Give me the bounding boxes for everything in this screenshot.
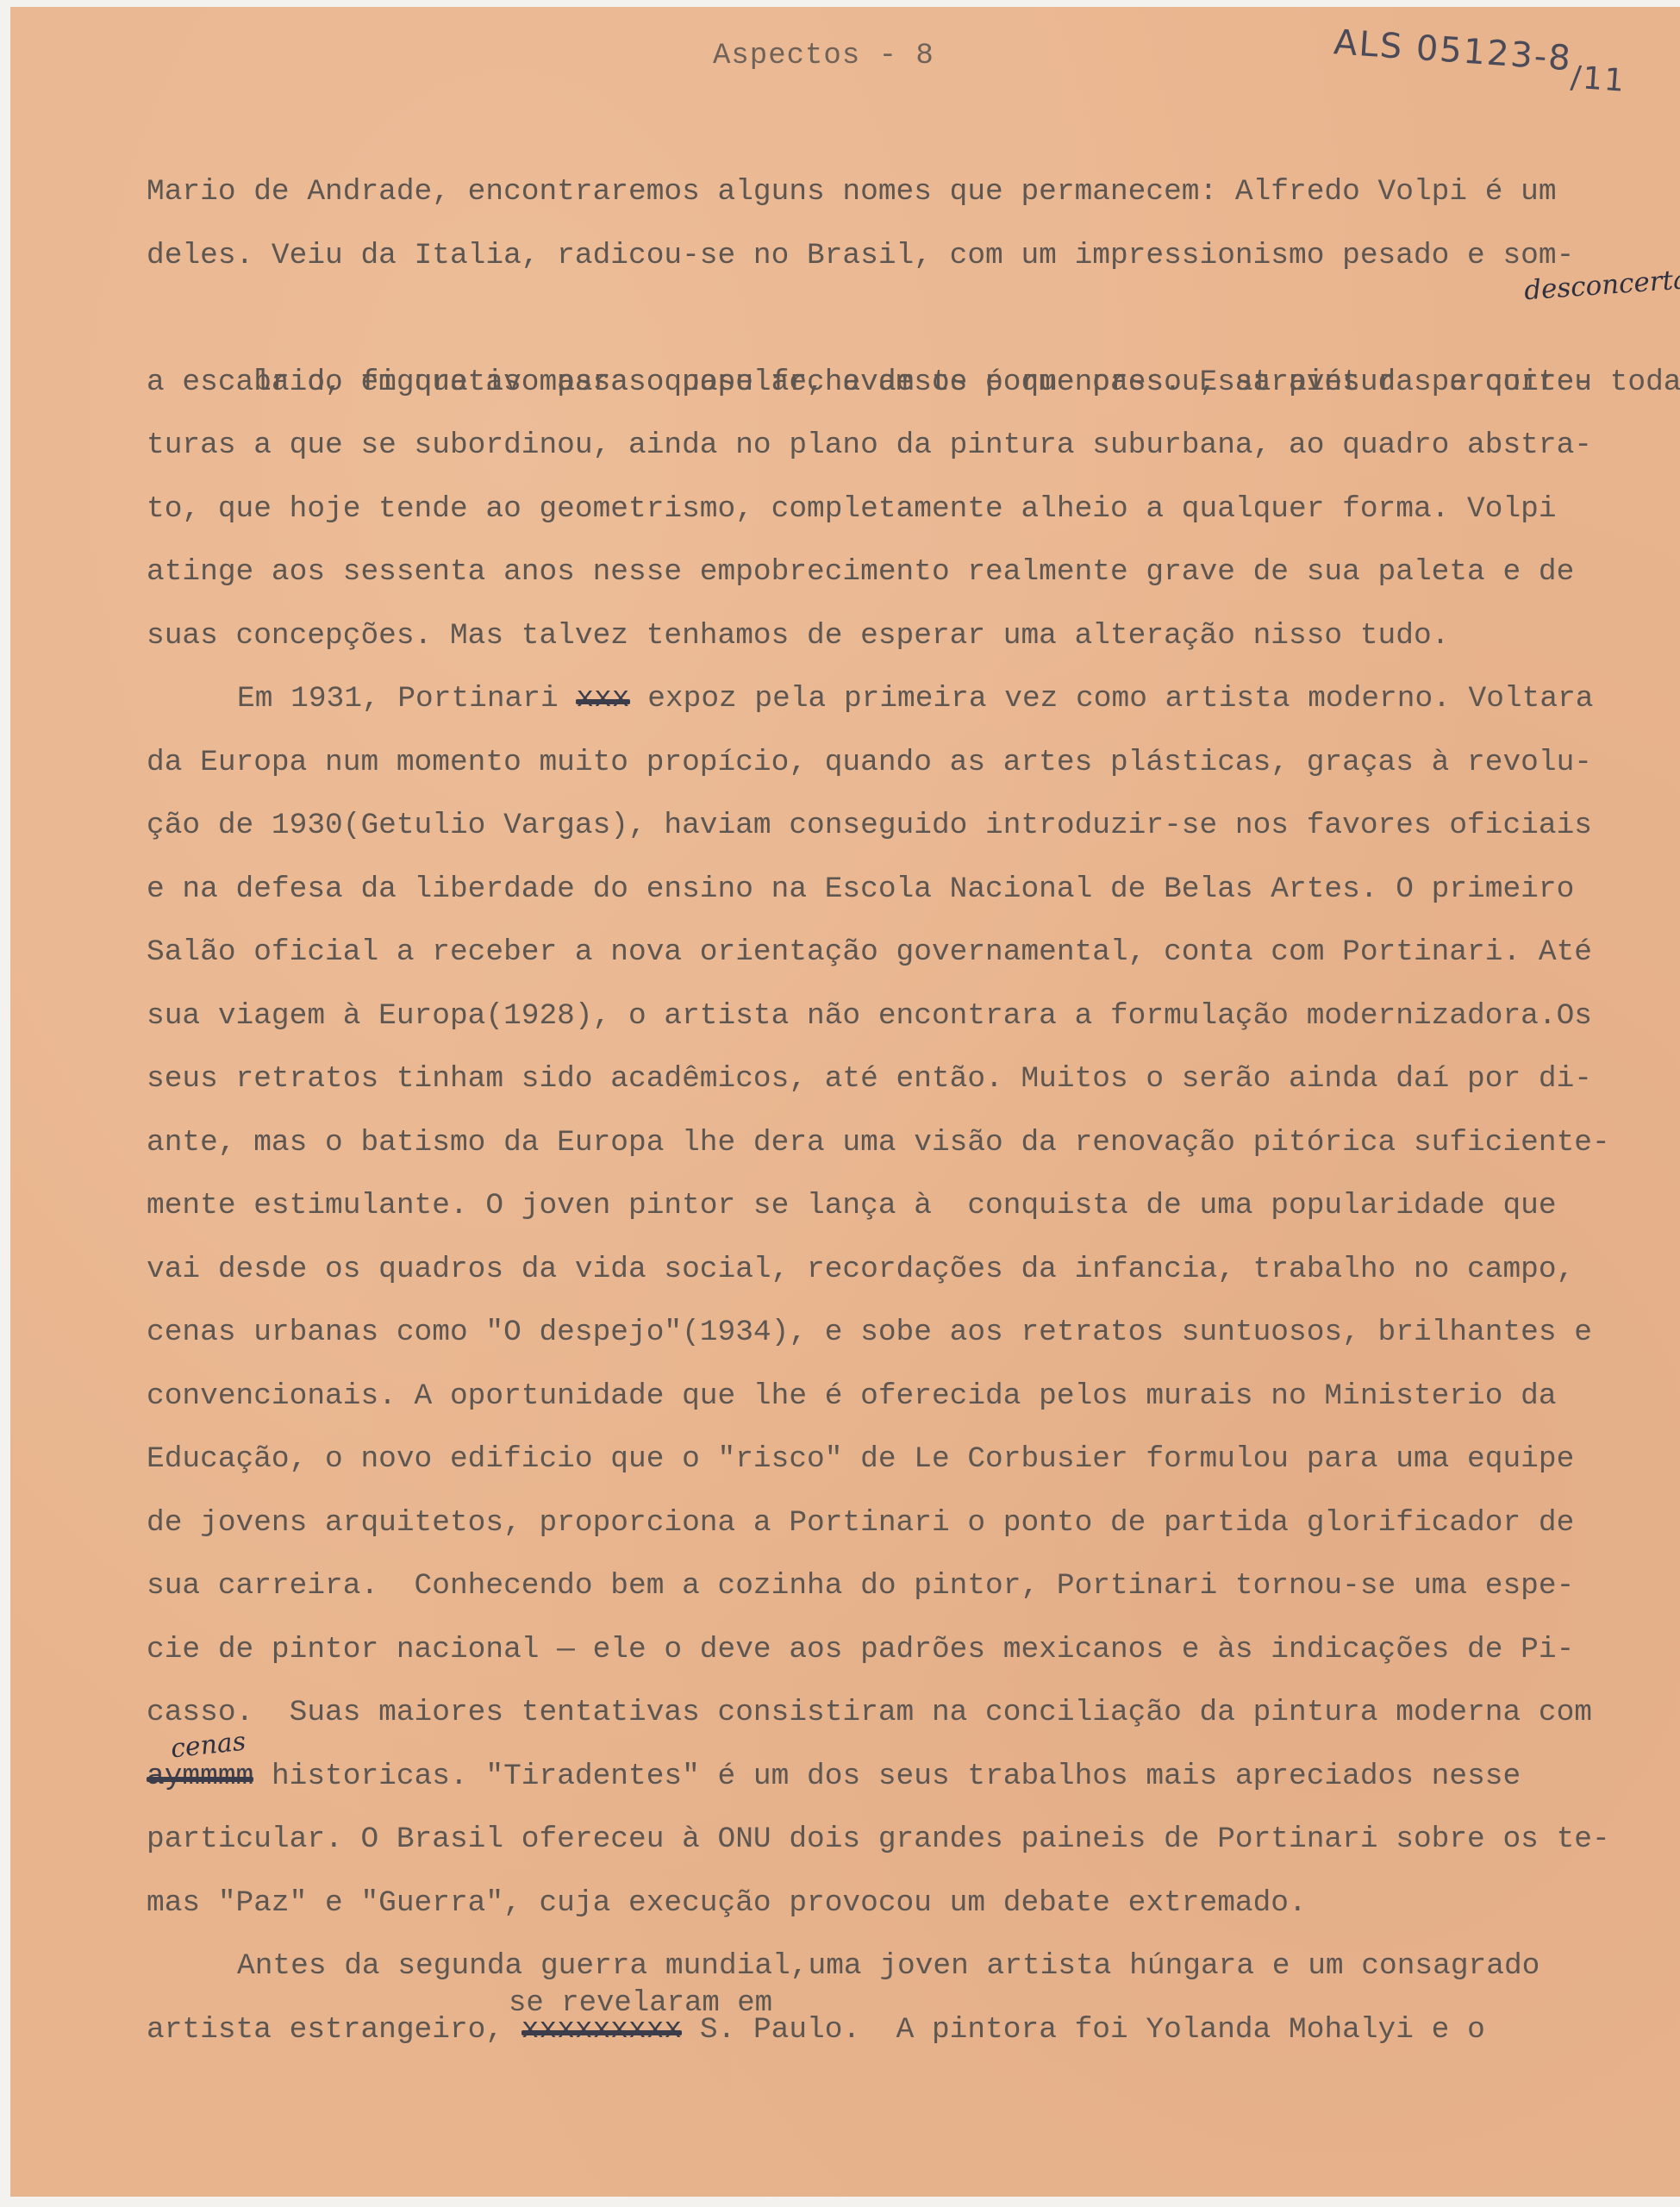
text-line: convencionais. A oportunidade que lhe é …: [147, 1365, 1672, 1429]
struck-out-word: xxx: [576, 682, 629, 716]
handwritten-insertion-cenas: cenas: [167, 1710, 248, 1780]
typed-body: Mario de Andrade, encontraremos alguns n…: [147, 160, 1672, 2061]
document-page: Aspectos - 8 ALS 05123-8/11 Mario de And…: [10, 7, 1680, 2197]
text-line: cenas urbanas como "O despejo"(1934), e …: [147, 1301, 1672, 1365]
archive-code-main: ALS 05123-8: [1333, 22, 1573, 78]
text-line: ção de 1930(Getulio Vargas), haviam cons…: [147, 794, 1672, 858]
text-line: cie de pintor nacional — ele o deve aos …: [147, 1618, 1672, 1682]
text-line: sua carreira. Conhecendo bem a cozinha d…: [147, 1554, 1672, 1618]
text-line: e na defesa da liberdade do ensino na Es…: [147, 858, 1672, 922]
paragraph-start-line: Antes da segunda guerra mundial,uma jove…: [147, 1935, 1672, 1998]
text-line: brio, em que as massas quase fechavam os…: [147, 287, 1672, 351]
text-line: atinge aos sessenta anos nesse empobreci…: [147, 541, 1672, 604]
text-line: Educação, o novo edificio que o "risco" …: [147, 1428, 1672, 1491]
text-line: suas concepções. Mas talvez tenhamos de …: [147, 604, 1672, 668]
text-line-content: S. Paulo. A pintora foi Yolanda Mohalyi …: [682, 2013, 1485, 2047]
text-line: mas "Paz" e "Guerra", cuja execução prov…: [147, 1872, 1672, 1935]
text-line: artista estrangeiro, xxxxxxxxx S. Paulo.…: [147, 1998, 1672, 2062]
text-line: casso. Suas maiores tentativas consistir…: [147, 1681, 1672, 1745]
text-line: deles. Veiu da Italia, radicou-se no Bra…: [147, 224, 1672, 288]
text-line: aymmmm historicas. "Tiradentes" é um dos…: [147, 1745, 1672, 1809]
text-line: turas a que se subordinou, ainda no plan…: [147, 414, 1672, 478]
text-line: to, que hoje tende ao geometrismo, compl…: [147, 478, 1672, 541]
text-line: vai desde os quadros da vida social, rec…: [147, 1238, 1672, 1302]
text-line: sua viagem à Europa(1928), o artista não…: [147, 985, 1672, 1048]
text-line: particular. O Brasil ofereceu à ONU dois…: [147, 1808, 1672, 1872]
text-line-content: historicas. "Tiradentes" é um dos seus t…: [253, 1760, 1521, 1793]
page-header: Aspectos - 8: [713, 40, 934, 72]
text-line: seus retratos tinham sido acadêmicos, at…: [147, 1047, 1672, 1111]
text-line-content: expoz pela primeira vez como artista mod…: [630, 682, 1594, 716]
text-line: mente estimulante. O joven pintor se lan…: [147, 1174, 1672, 1238]
text-line: ante, mas o batismo da Europa lhe dera u…: [147, 1111, 1672, 1175]
archive-code: ALS 05123-8/11: [1333, 22, 1628, 83]
text-line: Mario de Andrade, encontraremos alguns n…: [147, 160, 1672, 224]
paragraph-start-line: Em 1931, Portinari xxx expoz pela primei…: [147, 667, 1672, 731]
text-line: de jovens arquitetos, proporciona a Port…: [147, 1491, 1672, 1555]
text-line: da Europa num momento muito propício, qu…: [147, 731, 1672, 795]
typed-insertion-se-revelaram-em: se revelaram em: [509, 1973, 772, 2036]
text-line-content: artista estrangeiro,: [147, 2013, 521, 2047]
text-line: a escala do figurativo para o popular, e…: [147, 351, 1672, 415]
text-line-content: Em 1931, Portinari: [237, 682, 576, 716]
archive-code-suffix: /11: [1570, 59, 1627, 98]
text-line: Salão oficial a receber a nova orientaçã…: [147, 921, 1672, 985]
